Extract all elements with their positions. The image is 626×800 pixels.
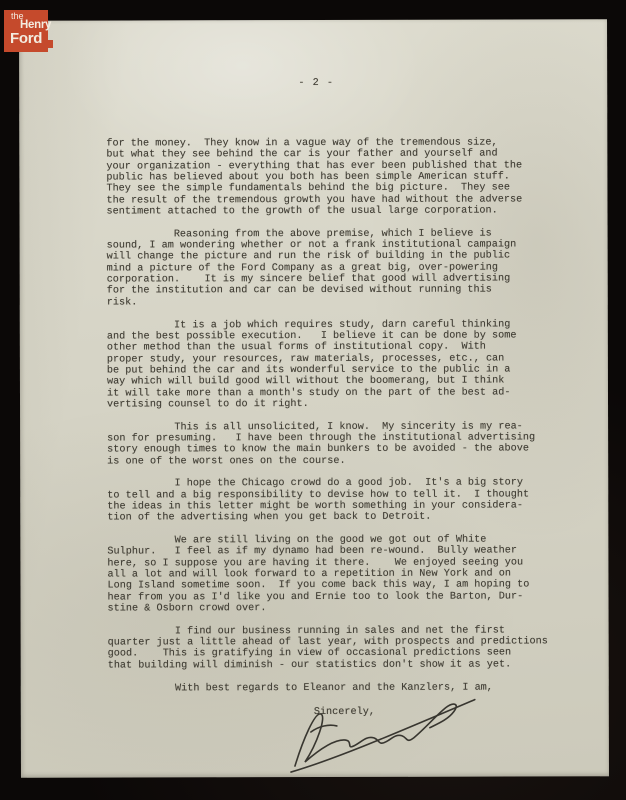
letter-page: - 2 - for the money. They know in a vagu…: [19, 19, 609, 778]
henry-ford-logo: the Henry Ford: [4, 10, 48, 52]
letter-paragraph: It is a job which requires study, darn c…: [107, 319, 577, 411]
letter-body: for the money. They know in a vague way …: [106, 137, 578, 718]
letter-paragraph: This is all unsolicited, I know. My sinc…: [107, 421, 577, 468]
letter-paragraph: I find our business running in sales and…: [108, 625, 578, 672]
archive-photo-background: { "colors": { "background": "#0b0807", "…: [0, 0, 626, 800]
letter-paragraph: I hope the Chicago crowd do a good job. …: [107, 478, 577, 525]
logo-notch: [48, 40, 53, 48]
letter-paragraph: for the money. They know in a vague way …: [106, 137, 576, 218]
letter-paragraph: We are still living on the good we got o…: [107, 534, 577, 615]
signature-handwriting: [287, 686, 483, 783]
letter-paragraph: Reasoning from the above premise, which …: [107, 228, 577, 309]
page-number: - 2 -: [106, 77, 526, 89]
logo-text-ford: Ford: [10, 30, 42, 47]
